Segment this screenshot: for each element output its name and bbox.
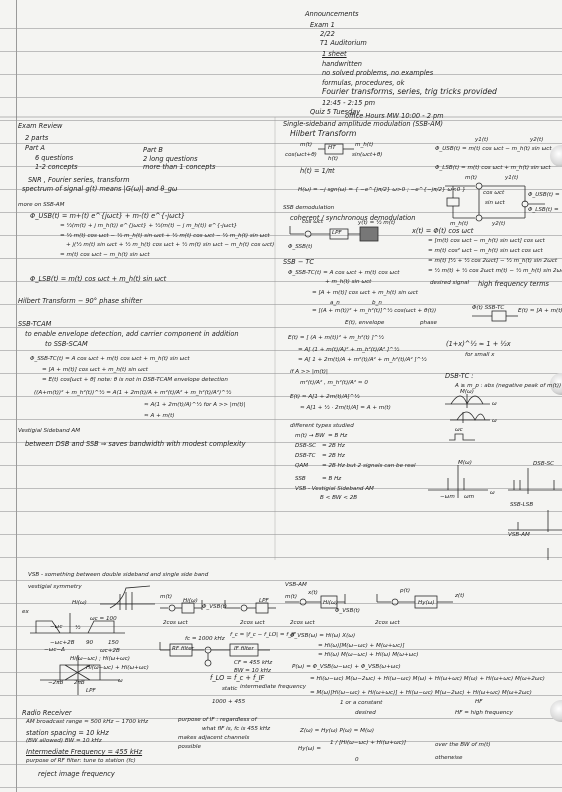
notebook-page: Announcements Exam 1 2/22 T1 Auditorium … <box>0 0 562 792</box>
ink-dividers <box>0 0 562 792</box>
